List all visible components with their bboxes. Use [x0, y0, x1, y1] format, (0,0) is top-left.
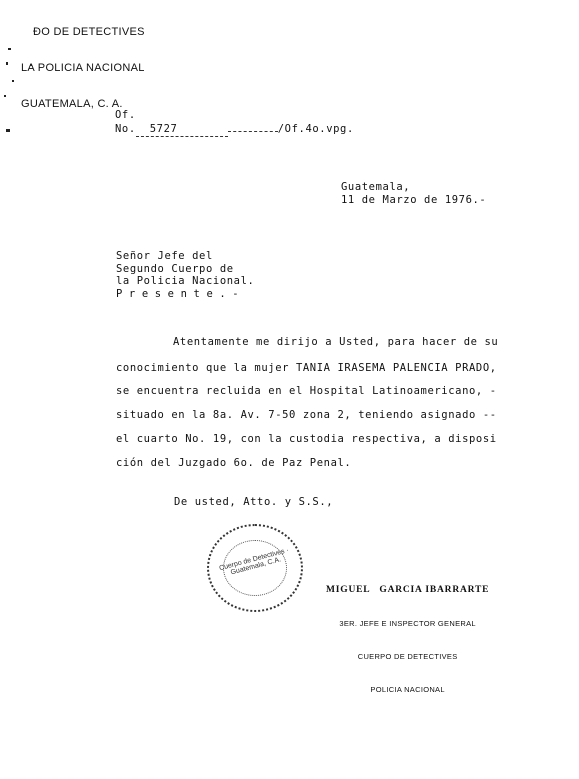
no-label: No. — [115, 123, 136, 135]
letterhead-line-1: ðo de detectives — [6, 26, 145, 38]
scan-speck — [12, 80, 14, 82]
letterhead: ðo de detectives la policia nacional gua… — [6, 2, 145, 122]
scan-speck — [6, 62, 8, 65]
reference-suffix: /Of.4o.vpg. — [278, 123, 354, 135]
addressee-block: Señor Jefe del Segundo Cuerpo de la Poli… — [116, 250, 254, 300]
signature-title: 3er. Jefe e Inspector General — [326, 618, 489, 629]
reference-number: 5727 — [136, 122, 228, 137]
date-city: Guatemala, — [341, 181, 410, 193]
body-line-5: el cuarto No. 19, con la custodia respec… — [116, 433, 497, 445]
letterhead-line-2: la policia nacional — [6, 62, 145, 74]
of-label: Of. — [115, 109, 136, 121]
body-line-1: Atentamente me dirijo a Usted, para hace… — [173, 336, 498, 348]
closing: De usted, Atto. y S.S., — [174, 496, 333, 508]
addressee-line-1: Señor Jefe del — [116, 250, 213, 262]
scan-speck — [8, 48, 11, 50]
date-block: Guatemala, 11 de Marzo de 1976.- — [341, 181, 486, 207]
scan-speck — [4, 95, 6, 97]
reference-block: Of. No.5727/Of.4o.vpg. — [115, 108, 354, 137]
body-line-6: ción del Juzgado 6o. de Paz Penal. — [116, 457, 351, 469]
official-seal: Cuerpo de Detectives · Guatemala, C.A. — [207, 524, 303, 612]
body-line-2: conocimiento que la mujer TANIA IRASEMA … — [116, 362, 497, 374]
body-line-4: situado en la 8a. Av. 7-50 zona 2, tenie… — [116, 409, 497, 421]
addressee-line-2: Segundo Cuerpo de — [116, 263, 234, 275]
signature-org-2: Policia Nacional — [326, 684, 489, 695]
date-value: 11 de Marzo de 1976.- — [341, 194, 486, 206]
signature-name: Miguel Garcia Ibarrarte — [326, 585, 489, 596]
body-line-3: se encuentra recluida en el Hospital Lat… — [116, 385, 497, 397]
scan-speck — [30, 64, 32, 66]
addressee-line-3: la Policia Nacional. — [116, 275, 254, 287]
addressee-line-4: Presente.- — [116, 288, 245, 300]
reference-blank — [228, 131, 278, 132]
scan-speck — [6, 129, 10, 132]
signature-block: Miguel Garcia Ibarrarte 3er. Jefe e Insp… — [326, 563, 489, 706]
signature-org-1: Cuerpo de Detectives — [326, 651, 489, 662]
